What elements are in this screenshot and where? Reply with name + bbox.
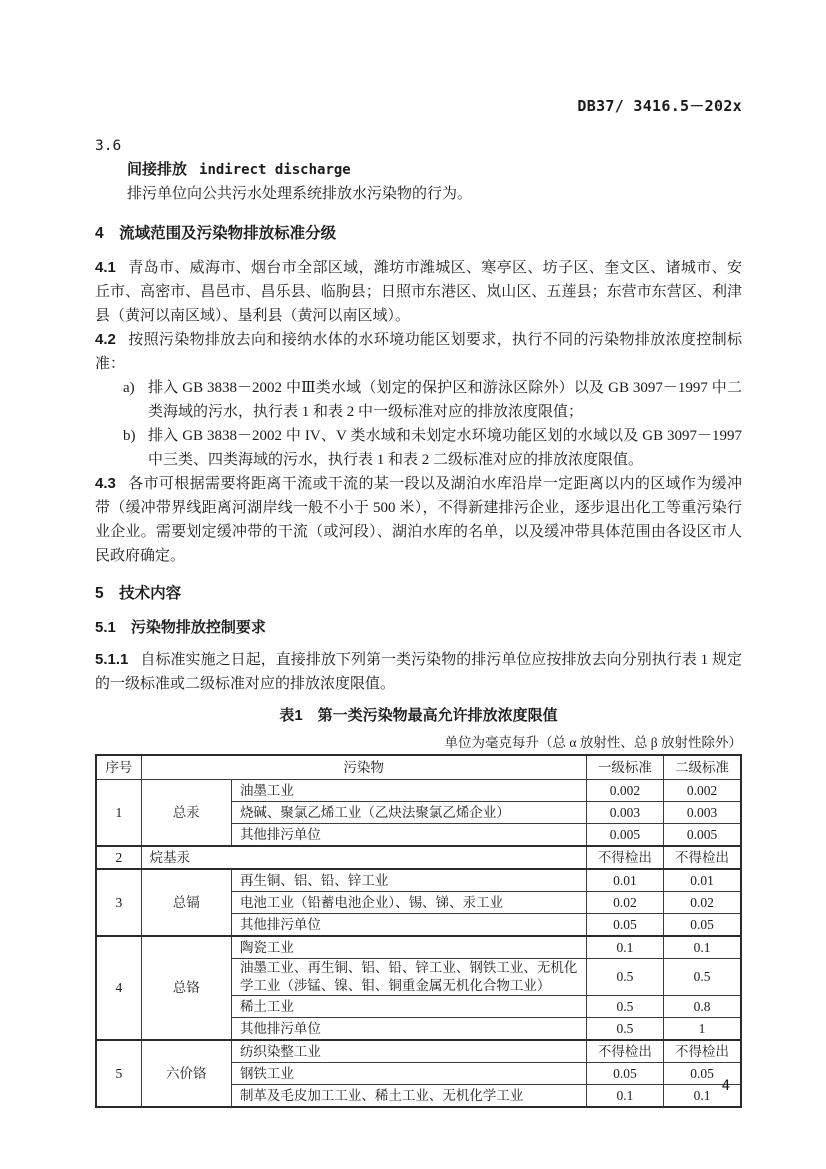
level2-value: 0.02: [664, 892, 741, 914]
clause-4-3-text: 各市可根据需要将距离干流或干流的某一段以及湖泊水库沿岸一定距离以内的区域作为缓冲…: [95, 476, 742, 564]
level1-value: 0.1: [586, 936, 663, 959]
clause-4-3: 4.3各市可根据需要将距离干流或干流的某一段以及湖泊水库沿岸一定距离以内的区域作…: [95, 472, 742, 568]
group-1-no: 1: [96, 780, 141, 847]
list-text-a: 排入 GB 3838－2002 中Ⅲ类水域（划定的保护区和游泳区除外）以及 GB…: [148, 380, 742, 420]
group-2-name: 烷基汞: [141, 846, 586, 869]
level1-value: 0.5: [586, 1018, 663, 1041]
industry-cell: 油墨工业、再生铜、铝、铅、锌工业、钢铁工业、无机化学工业（涉锰、镍、钼、铜重金属…: [231, 959, 586, 996]
level2-value: 0.8: [664, 996, 741, 1018]
level1-value: 不得检出: [586, 846, 663, 869]
table-row: 4 总铬 陶瓷工业 0.1 0.1: [96, 936, 741, 959]
term-english: indirect discharge: [199, 162, 351, 178]
table-header-pollutant: 污染物: [141, 755, 586, 780]
level2-value: 不得检出: [664, 1040, 741, 1063]
table-header-no: 序号: [96, 755, 141, 780]
table-header-row: 序号 污染物 一级标准 二级标准: [96, 755, 741, 780]
clause-4-2-item-b: b)排入 GB 3838－2002 中 IV、V 类水域和未划定水环境功能区划的…: [95, 424, 742, 472]
table-header-level2: 二级标准: [664, 755, 741, 780]
list-text-b: 排入 GB 3838－2002 中 IV、V 类水域和未划定水环境功能区划的水域…: [148, 428, 742, 468]
group-3-no: 3: [96, 869, 141, 936]
table-row: 1 总汞 油墨工业 0.002 0.002: [96, 780, 741, 802]
level2-value: 1: [664, 1018, 741, 1041]
clause-4-1: 4.1青岛市、威海市、烟台市全部区域，潍坊市潍城区、寒亭区、坊子区、奎文区、诸城…: [95, 256, 742, 328]
level1-value: 0.01: [586, 869, 663, 892]
industry-cell: 稀土工业: [231, 996, 586, 1018]
table-row: 5 六价铬 纺织染整工业 不得检出 不得检出: [96, 1040, 741, 1063]
clause-5-1-1-number: 5.1.1: [95, 651, 128, 668]
level2-value: 不得检出: [664, 846, 741, 869]
group-3-name: 总镉: [141, 869, 231, 936]
level1-value: 不得检出: [586, 1040, 663, 1063]
table-row: 3 总镉 再生铜、铝、铅、锌工业 0.01 0.01: [96, 869, 741, 892]
section-5-1-heading: 5.1 污染物排放控制要求: [95, 618, 742, 638]
level1-value: 0.005: [586, 824, 663, 847]
level1-value: 0.002: [586, 780, 663, 802]
table-1-caption: 表1 第一类污染物最高允许排放浓度限值: [95, 706, 742, 726]
level1-value: 0.05: [586, 914, 663, 937]
table-1: 序号 污染物 一级标准 二级标准 1 总汞 油墨工业 0.002 0.002 烧…: [95, 754, 742, 1108]
industry-cell: 再生铜、铝、铅、锌工业: [231, 869, 586, 892]
clause-4-2-text: 按照污染物排放去向和接纳水体的水环境功能区划要求，执行不同的污染物排放浓度控制标…: [95, 332, 742, 372]
clause-4-2: 4.2按照污染物排放去向和接纳水体的水环境功能区划要求，执行不同的污染物排放浓度…: [95, 328, 742, 376]
clause-4-1-number: 4.1: [95, 259, 116, 276]
level1-value: 0.1: [586, 1085, 663, 1108]
clause-3-6: 3.6 间接排放indirect discharge 排污单位向公共污水处理系统…: [95, 134, 742, 206]
industry-cell: 烧碱、聚氯乙烯工业（乙炔法聚氯乙烯企业）: [231, 802, 586, 824]
list-marker-a: a): [123, 376, 135, 400]
level1-value: 0.5: [586, 959, 663, 996]
level2-value: 0.1: [664, 936, 741, 959]
level2-value: 0.002: [664, 780, 741, 802]
document-page: DB37/ 3416.5－202x 3.6 间接排放indirect disch…: [0, 0, 826, 1169]
clause-4-2-item-a: a)排入 GB 3838－2002 中Ⅲ类水域（划定的保护区和游泳区除外）以及 …: [95, 376, 742, 424]
level1-value: 0.02: [586, 892, 663, 914]
term-chinese: 间接排放: [127, 161, 187, 178]
level2-value: 0.005: [664, 824, 741, 847]
industry-cell: 其他排污单位: [231, 1018, 586, 1041]
group-5-name: 六价铬: [141, 1040, 231, 1107]
clause-3-6-definition: 排污单位向公共污水处理系统排放水污染物的行为。: [95, 182, 742, 206]
industry-cell: 制革及毛皮加工工业、稀土工业、无机化学工业: [231, 1085, 586, 1108]
clause-5-1-1: 5.1.1自标准实施之日起，直接排放下列第一类污染物的排污单位应按排放去向分别执…: [95, 648, 742, 696]
table-header-level1: 一级标准: [586, 755, 663, 780]
industry-cell: 油墨工业: [231, 780, 586, 802]
clause-4-3-number: 4.3: [95, 475, 116, 492]
industry-cell: 纺织染整工业: [231, 1040, 586, 1063]
group-1-name: 总汞: [141, 780, 231, 847]
clause-4-1-text: 青岛市、威海市、烟台市全部区域，潍坊市潍城区、寒亭区、坊子区、奎文区、诸城市、安…: [95, 260, 742, 324]
table-1-unit-note: 单位为毫克每升（总 α 放射性、总 β 放射性除外）: [95, 734, 742, 751]
section-5-heading: 5 技术内容: [95, 584, 742, 604]
table-row: 2 烷基汞 不得检出 不得检出: [96, 846, 741, 869]
group-4-name: 总铬: [141, 936, 231, 1040]
group-2-no: 2: [96, 846, 141, 869]
industry-cell: 其他排污单位: [231, 824, 586, 847]
doc-code: DB37/ 3416.5－202x: [95, 98, 742, 114]
industry-cell: 陶瓷工业: [231, 936, 586, 959]
level1-value: 0.05: [586, 1063, 663, 1085]
industry-cell: 电池工业（铅蓄电池企业）、锡、锑、汞工业: [231, 892, 586, 914]
level2-value: 0.01: [664, 869, 741, 892]
industry-cell: 钢铁工业: [231, 1063, 586, 1085]
section-4-heading: 4 流域范围及污染物排放标准分级: [95, 224, 742, 244]
clause-5-1-1-text: 自标准实施之日起，直接排放下列第一类污染物的排污单位应按排放去向分别执行表 1 …: [95, 652, 742, 692]
clause-3-6-term: 间接排放indirect discharge: [95, 158, 742, 182]
group-5-no: 5: [96, 1040, 141, 1107]
level2-value: 0.003: [664, 802, 741, 824]
level1-value: 0.003: [586, 802, 663, 824]
clause-4-2-number: 4.2: [95, 331, 116, 348]
level1-value: 0.5: [586, 996, 663, 1018]
clause-3-6-number: 3.6: [95, 134, 742, 158]
level2-value: 0.5: [664, 959, 741, 996]
level2-value: 0.05: [664, 914, 741, 937]
page-number: 4: [722, 1078, 730, 1094]
list-marker-b: b): [123, 424, 136, 448]
group-4-no: 4: [96, 936, 141, 1040]
industry-cell: 其他排污单位: [231, 914, 586, 937]
